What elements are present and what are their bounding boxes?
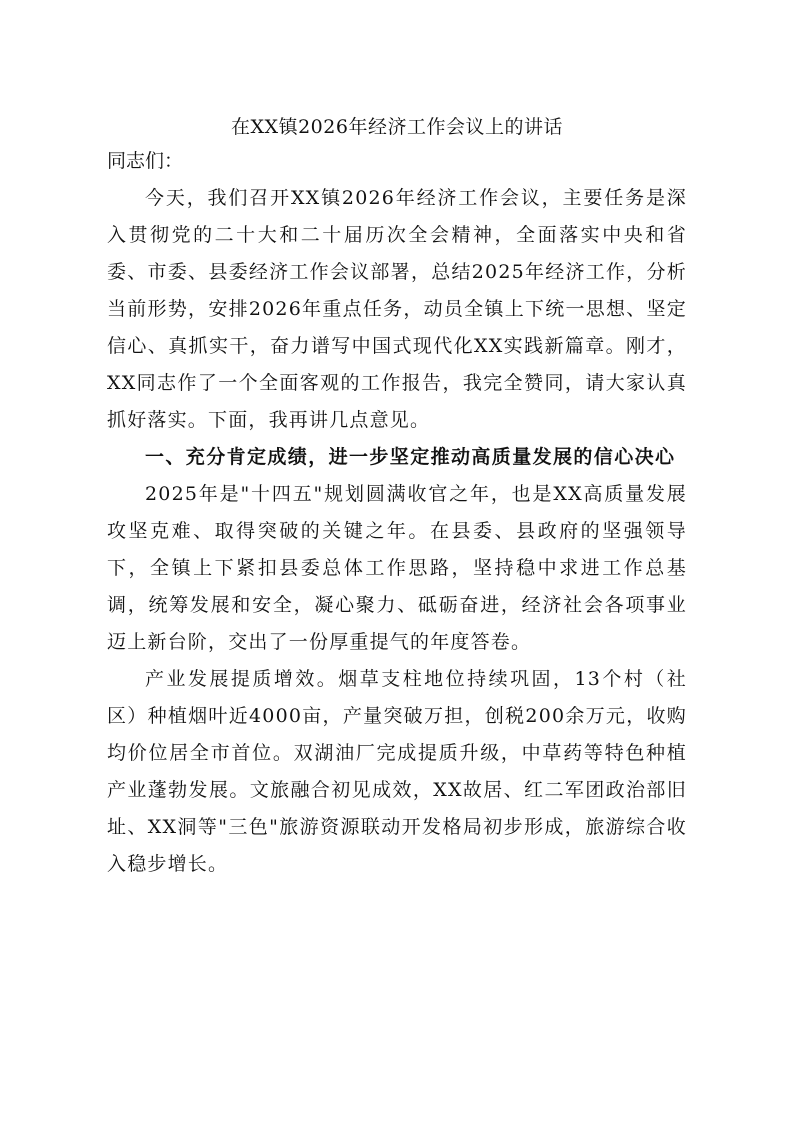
document-page: 在XX镇2026年经济工作会议上的讲话 同志们： 今天，我们召开XX镇2026年… <box>0 0 793 1122</box>
section-heading-1: 一、充分肯定成绩，进一步坚定推动高质量发展的信心决心 <box>107 439 687 476</box>
section-paragraph: 2025年是"十四五"规划圆满收官之年，也是XX高质量发展攻坚克难、取得突破的关… <box>107 476 687 661</box>
salutation: 同志们： <box>107 142 687 180</box>
intro-paragraph: 今天，我们召开XX镇2026年经济工作会议，主要任务是深入贯彻党的二十大和二十届… <box>107 180 687 439</box>
document-body: 在XX镇2026年经济工作会议上的讲话 同志们： 今天，我们召开XX镇2026年… <box>107 112 687 883</box>
section-paragraph: 产业发展提质增效。烟草支柱地位持续巩固，13个村（社区）种植烟叶近4000亩，产… <box>107 661 687 883</box>
document-title: 在XX镇2026年经济工作会议上的讲话 <box>107 112 687 142</box>
